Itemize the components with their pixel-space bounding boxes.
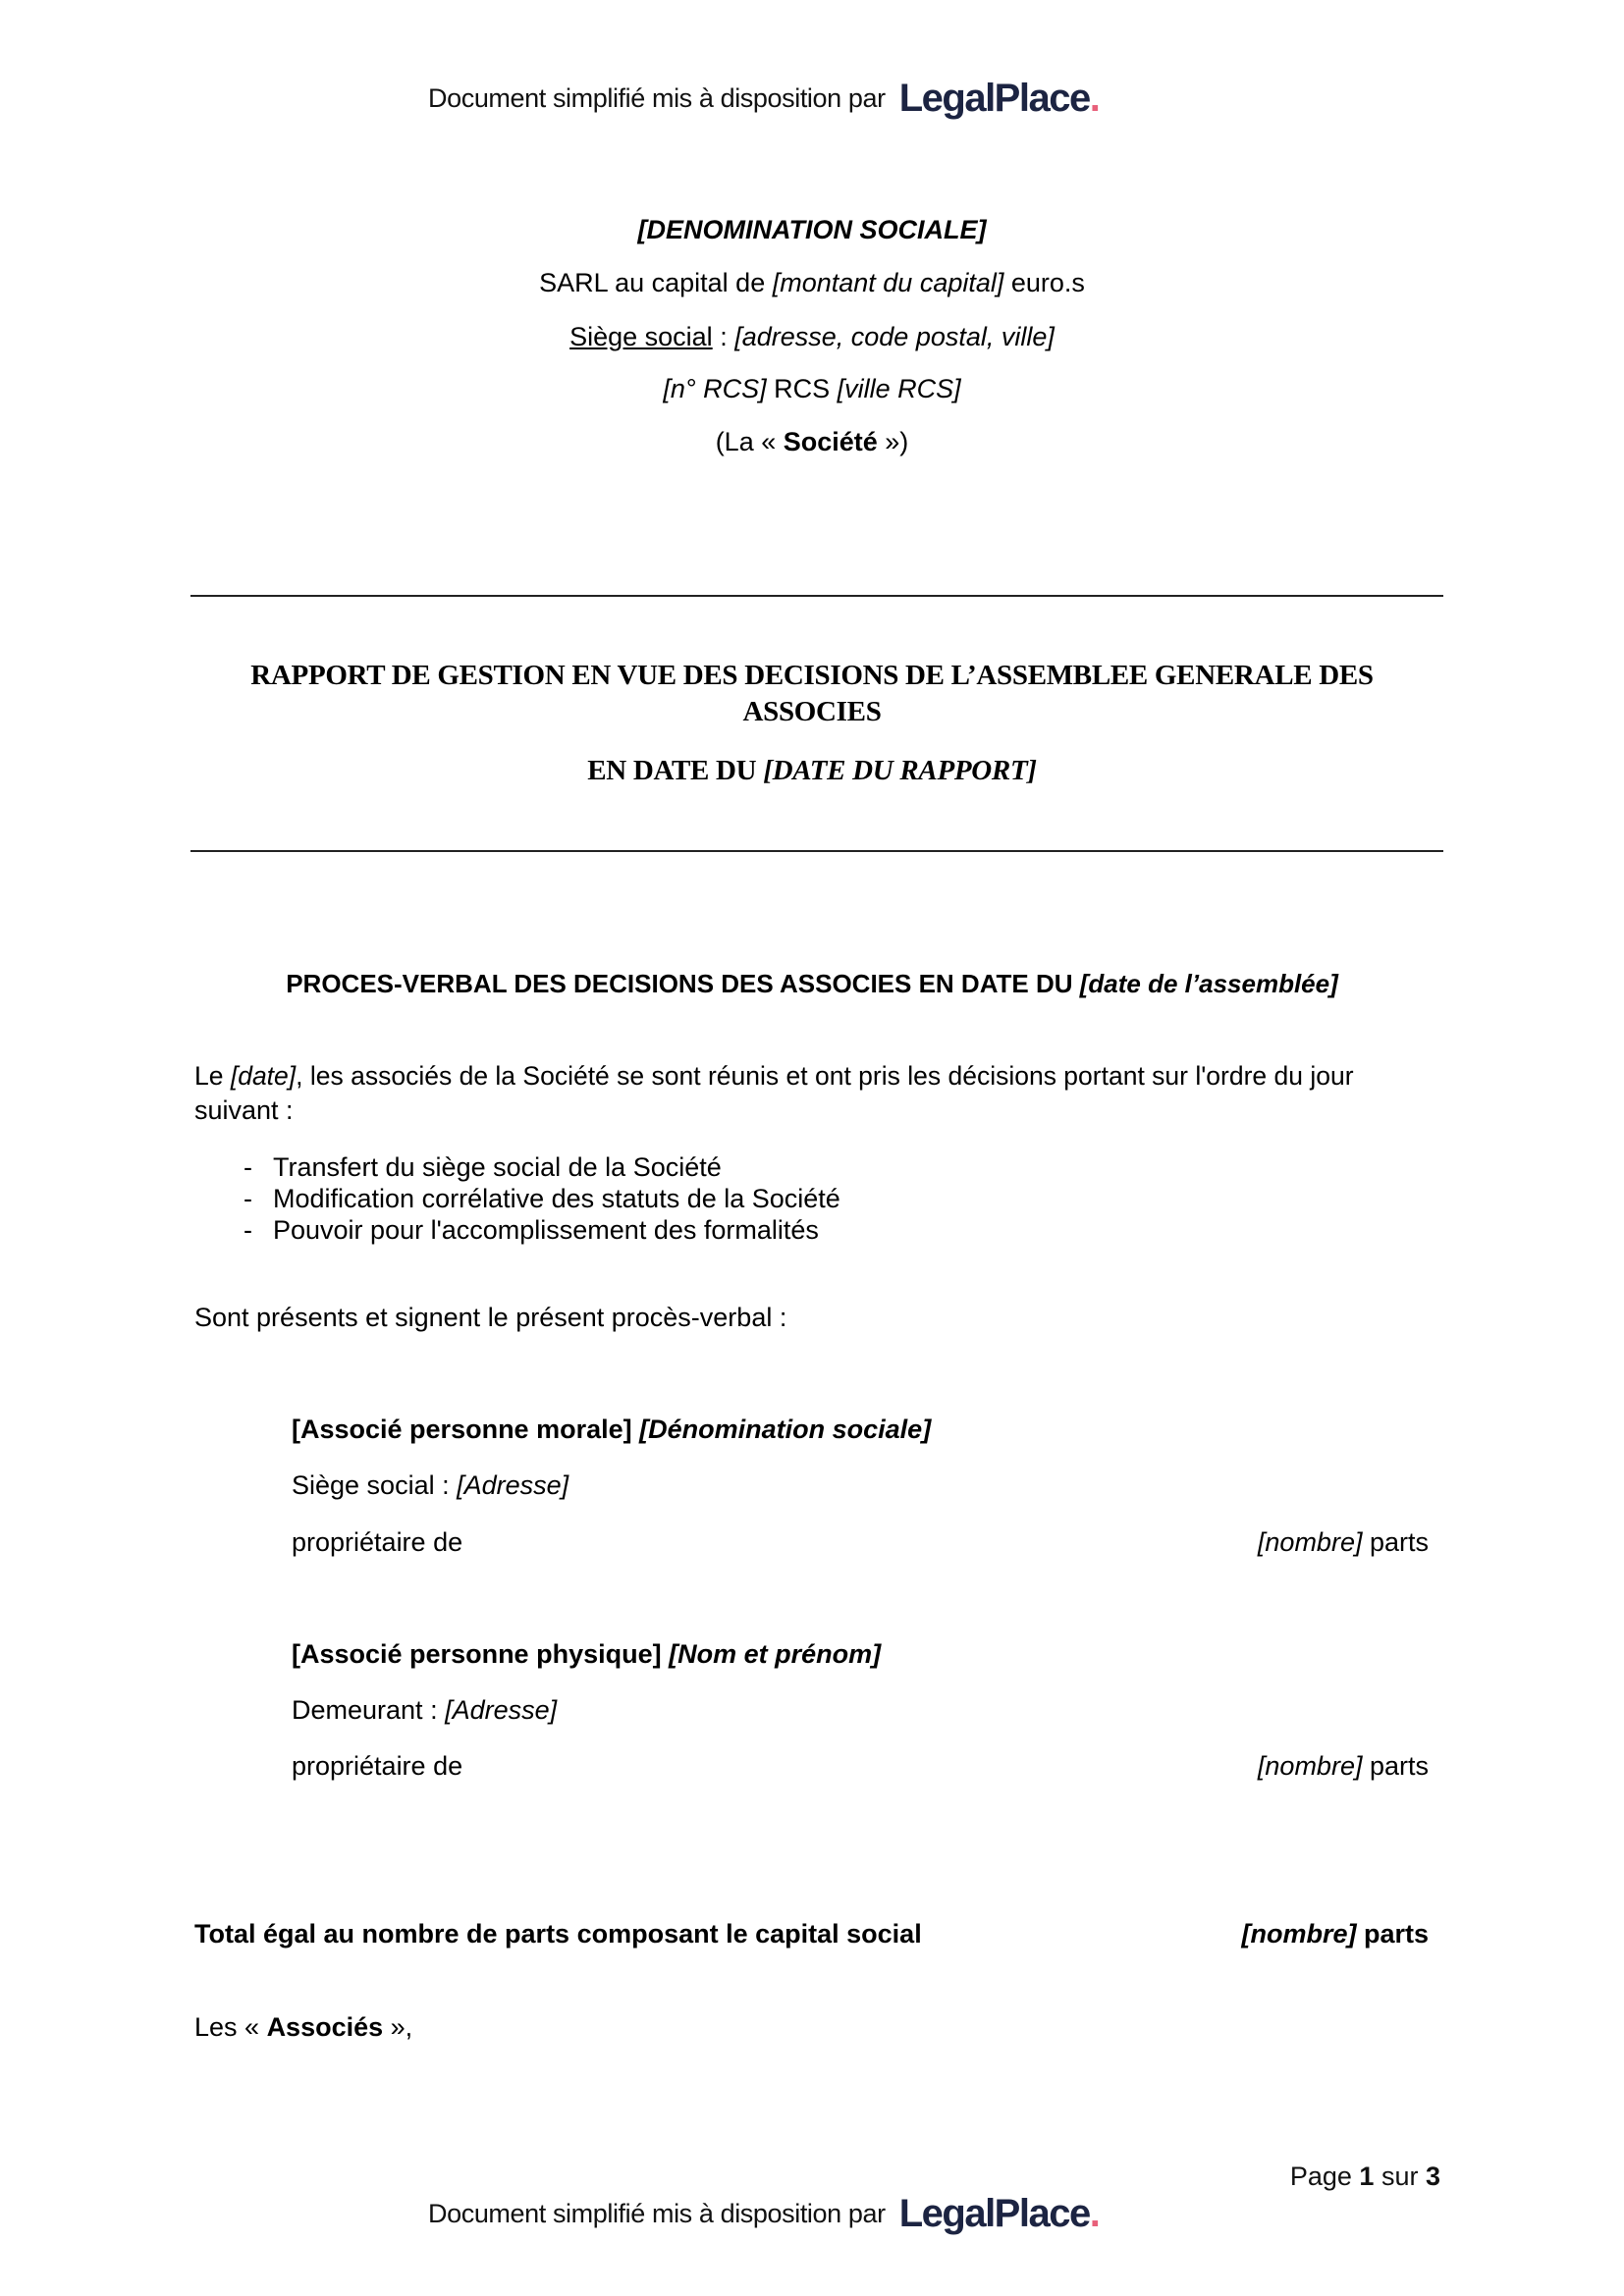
footer-branding: Document simplifié mis à disposition par… xyxy=(428,2192,1099,2235)
agenda-item-text: Pouvoir pour l'accomplissement des forma… xyxy=(273,1215,819,1245)
partners-alias: Les « Associés », xyxy=(194,2014,412,2041)
seat-label: Siège social xyxy=(569,322,713,351)
intro-prefix: Le xyxy=(194,1061,231,1091)
header-branding: Document simplifié mis à disposition par… xyxy=(428,77,1099,120)
page-prefix: Page xyxy=(1290,2162,1360,2191)
minutes-heading-text: PROCES-VERBAL DES DECISIONS DES ASSOCIES… xyxy=(286,969,1080,998)
minutes-heading-placeholder: [date de l’assemblée] xyxy=(1080,969,1338,998)
partner-shares: [nombre] parts xyxy=(1258,1529,1429,1556)
intro-rest: , les associés de la Société se sont réu… xyxy=(296,1061,1353,1091)
footer-provided-by: Document simplifié mis à disposition par xyxy=(428,2199,886,2229)
partners-alias-prefix: Les « xyxy=(194,2012,267,2042)
company-rcs: [n° RCS] RCS [ville RCS] xyxy=(0,376,1624,402)
present-statement: Sont présents et signent le présent proc… xyxy=(194,1305,786,1331)
capital-prefix: SARL au capital de xyxy=(539,268,773,297)
partner-shares-placeholder: [nombre] xyxy=(1258,1527,1363,1557)
rcs-label: RCS xyxy=(767,374,838,403)
legalplace-logo: LegalPlace. xyxy=(899,2192,1100,2236)
bullet-dash-icon: - xyxy=(244,1186,273,1212)
rcs-city: [ville RCS] xyxy=(838,374,961,403)
report-date-placeholder: [DATE DU RAPPORT] xyxy=(763,755,1036,786)
agenda-item: -Transfert du siège social de la Société xyxy=(244,1154,722,1181)
report-date-prefix: EN DATE DU xyxy=(587,755,763,786)
partner-shares-placeholder: [nombre] xyxy=(1258,1751,1363,1781)
partner-type: [Associé personne physique] xyxy=(292,1639,662,1669)
total-shares-placeholder: [nombre] xyxy=(1241,1919,1356,1949)
title-divider-top xyxy=(190,595,1443,597)
report-date: EN DATE DU [DATE DU RAPPORT] xyxy=(0,755,1624,787)
partner-address: Demeurant : [Adresse] xyxy=(292,1697,557,1724)
partner-address-placeholder: [Adresse] xyxy=(457,1470,568,1500)
intro-date-placeholder: [date] xyxy=(231,1061,296,1091)
alias-prefix: (La « xyxy=(716,427,784,456)
alias-suffix: ») xyxy=(878,427,909,456)
page-number: Page 1 sur 3 xyxy=(1290,2162,1440,2192)
logo-text: LegalPlace xyxy=(899,77,1090,120)
company-seat: Siège social : [adresse, code postal, vi… xyxy=(0,324,1624,350)
page-total: 3 xyxy=(1426,2162,1440,2191)
partner-shares-unit: parts xyxy=(1362,1527,1429,1557)
report-title-line2: ASSOCIES xyxy=(0,696,1624,728)
partner-owner-label: propriétaire de xyxy=(292,1529,462,1556)
logo-text: LegalPlace xyxy=(899,2192,1090,2235)
partner-shares: [nombre] parts xyxy=(1258,1753,1429,1780)
minutes-heading: PROCES-VERBAL DES DECISIONS DES ASSOCIES… xyxy=(0,971,1624,996)
minutes-intro-line2: suivant : xyxy=(194,1097,294,1124)
seat-placeholder: [adresse, code postal, ville] xyxy=(734,322,1055,351)
company-alias: (La « Société ») xyxy=(0,429,1624,455)
partner-type: [Associé personne morale] xyxy=(292,1415,632,1444)
partner-owner-label: propriétaire de xyxy=(292,1753,462,1780)
partners-alias-suffix: », xyxy=(383,2012,412,2042)
agenda-item-text: Modification corrélative des statuts de … xyxy=(273,1184,840,1213)
partner-address-placeholder: [Adresse] xyxy=(445,1695,557,1725)
partners-alias-bold: Associés xyxy=(267,2012,384,2042)
page-current: 1 xyxy=(1359,2162,1374,2191)
partner-address-label: Demeurant : xyxy=(292,1695,445,1725)
logo-dot: . xyxy=(1090,77,1100,120)
capital-suffix: euro.s xyxy=(1003,268,1085,297)
total-label: Total égal au nombre de parts composant … xyxy=(194,1921,922,1948)
capital-placeholder: [montant du capital] xyxy=(773,268,1004,297)
company-capital: SARL au capital de [montant du capital] … xyxy=(0,270,1624,296)
partner-shares-unit: parts xyxy=(1362,1751,1429,1781)
report-title-line1: RAPPORT DE GESTION EN VUE DES DECISIONS … xyxy=(0,660,1624,692)
agenda-item-text: Transfert du siège social de la Société xyxy=(273,1152,722,1182)
total-shares: [nombre] parts xyxy=(1241,1921,1429,1948)
agenda-item: -Modification corrélative des statuts de… xyxy=(244,1186,840,1212)
minutes-intro-line1: Le [date], les associés de la Société se… xyxy=(194,1063,1354,1090)
legalplace-logo: LegalPlace. xyxy=(899,77,1100,121)
partner-address: Siège social : [Adresse] xyxy=(292,1472,568,1499)
partner-address-label: Siège social : xyxy=(292,1470,457,1500)
partner-heading: [Associé personne morale] [Dénomination … xyxy=(292,1416,931,1443)
title-divider-bottom xyxy=(190,850,1443,852)
page-sep: sur xyxy=(1374,2162,1426,2191)
partner-heading: [Associé personne physique] [Nom et prén… xyxy=(292,1641,881,1668)
rcs-number: [n° RCS] xyxy=(663,374,766,403)
seat-sep: : xyxy=(713,322,735,351)
partner-name-placeholder: [Nom et prénom] xyxy=(669,1639,881,1669)
header-provided-by: Document simplifié mis à disposition par xyxy=(428,83,886,114)
partner-name-placeholder: [Dénomination sociale] xyxy=(639,1415,931,1444)
total-shares-unit: parts xyxy=(1356,1919,1429,1949)
bullet-dash-icon: - xyxy=(244,1217,273,1244)
alias-bold: Société xyxy=(784,427,878,456)
logo-dot: . xyxy=(1090,2192,1100,2235)
bullet-dash-icon: - xyxy=(244,1154,273,1181)
company-name: [DENOMINATION SOCIALE] xyxy=(0,217,1624,243)
agenda-item: -Pouvoir pour l'accomplissement des form… xyxy=(244,1217,819,1244)
